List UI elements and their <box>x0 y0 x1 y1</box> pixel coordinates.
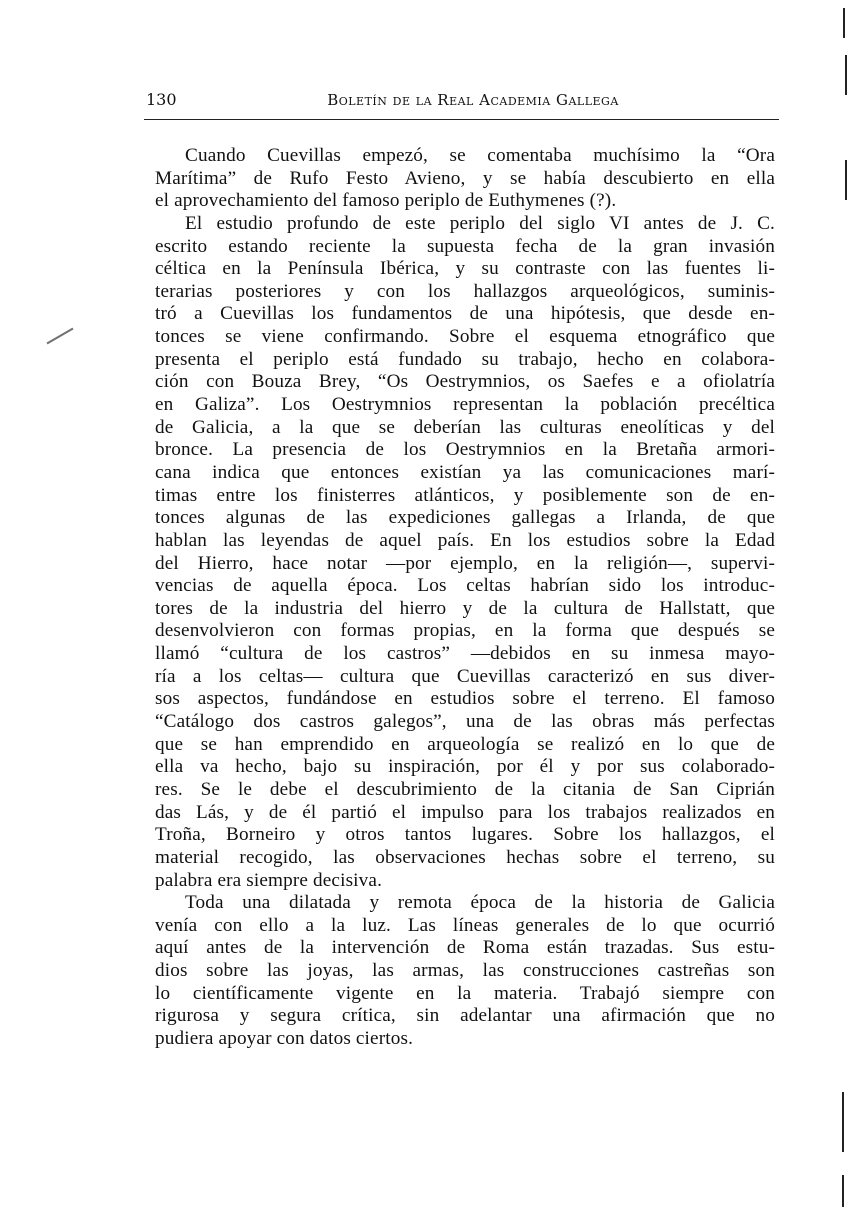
text-line: material recogido, las observaciones hec… <box>155 847 775 870</box>
scan-edge-mark <box>845 55 847 95</box>
text-line: Toda una dilatada y remota época de la h… <box>155 892 775 915</box>
article-body: Cuando Cuevillas empezó, se comentaba mu… <box>155 145 775 1051</box>
text-line: El estudio profundo de este periplo del … <box>155 213 775 236</box>
text-line: bronce. La presencia de los Oestrymnios … <box>155 439 775 462</box>
text-line: res. Se le debe el descubrimiento de la … <box>155 779 775 802</box>
text-line: el aprovechamiento del famoso periplo de… <box>155 190 775 213</box>
text-line: tró a Cuevillas los fundamentos de una h… <box>155 303 775 326</box>
scan-edge-mark <box>842 1092 844 1152</box>
text-line: venía con ello a la luz. Las líneas gene… <box>155 915 775 938</box>
text-line: escrito estando reciente la supuesta fec… <box>155 236 775 259</box>
text-line: tores de la industria del hierro y de la… <box>155 598 775 621</box>
text-line: pudiera apoyar con datos ciertos. <box>155 1028 775 1051</box>
text-line: rigurosa y segura crítica, sin adelantar… <box>155 1005 775 1028</box>
text-line: hablan las leyendas de aquel país. En lo… <box>155 530 775 553</box>
text-line: Troña, Borneiro y otros tantos lugares. … <box>155 824 775 847</box>
text-line: terarias posteriores y con los hallazgos… <box>155 281 775 304</box>
text-line: palabra era siempre decisiva. <box>155 870 775 893</box>
paragraph: Toda una dilatada y remota época de la h… <box>155 892 775 1050</box>
paragraph: Cuando Cuevillas empezó, se comentaba mu… <box>155 145 775 213</box>
text-line: Cuando Cuevillas empezó, se comentaba mu… <box>155 145 775 168</box>
text-line: das Lás, y de él partió el impulso para … <box>155 802 775 825</box>
text-line: dios sobre las joyas, las armas, las con… <box>155 960 775 983</box>
text-line: tonces algunas de las expediciones galle… <box>155 507 775 530</box>
text-line: del Hierro, hace notar —por ejemplo, en … <box>155 553 775 576</box>
scan-edge-mark <box>843 8 845 38</box>
scan-edge-mark <box>842 1175 844 1207</box>
text-line: ción con Bouza Brey, “Os Oestrymnios, os… <box>155 371 775 394</box>
text-line: céltica en la Península Ibérica, y su co… <box>155 258 775 281</box>
text-line: tonces se viene confirmando. Sobre el es… <box>155 326 775 349</box>
text-line: en Galiza”. Los Oestrymnios representan … <box>155 394 775 417</box>
text-line: que se han emprendido en arqueología se … <box>155 734 775 757</box>
text-line: aquí antes de la intervención de Roma es… <box>155 937 775 960</box>
paragraph: El estudio profundo de este periplo del … <box>155 213 775 892</box>
stray-pen-mark <box>47 328 74 345</box>
text-line: “Catálogo dos castros galegos”, una de l… <box>155 711 775 734</box>
text-line: lo científicamente vigente en la materia… <box>155 983 775 1006</box>
scan-edge-mark <box>845 160 847 200</box>
text-line: Marítima” de Rufo Festo Avieno, y se hab… <box>155 168 775 191</box>
text-line: sos aspectos, fundándose en estudios sob… <box>155 688 775 711</box>
running-title: Boletín de la Real Academia Gallega <box>146 91 780 109</box>
text-line: ría a los celtas— cultura que Cuevillas … <box>155 666 775 689</box>
text-line: ella va hecho, bajo su inspiración, por … <box>155 756 775 779</box>
page-header: 130 Boletín de la Real Academia Gallega <box>146 90 780 114</box>
header-rule <box>144 119 779 120</box>
text-line: cana indica que entonces existían ya las… <box>155 462 775 485</box>
text-line: presenta el periplo está fundado su trab… <box>155 349 775 372</box>
text-line: llamó “cultura de los castros” —debidos … <box>155 643 775 666</box>
text-line: de Galicia, a la que se deberían las cul… <box>155 417 775 440</box>
text-line: desenvolvieron con formas propias, en la… <box>155 620 775 643</box>
text-line: timas entre los finisterres atlánticos, … <box>155 485 775 508</box>
text-line: vencias de aquella época. Los celtas hab… <box>155 575 775 598</box>
